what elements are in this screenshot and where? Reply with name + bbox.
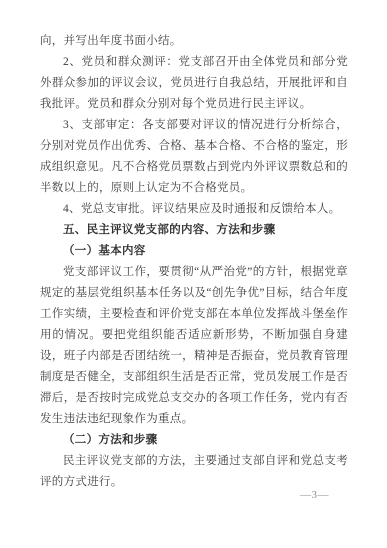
- subsection-heading: （一）基本内容: [40, 241, 348, 262]
- paragraph: 4、党总支审批。评议结果应及时通报和反馈给本人。: [40, 199, 348, 220]
- paragraph: 2、党员和群众测评：党支部召开由全体党员和部分党外群众参加的评议会议，党员进行自…: [40, 52, 348, 115]
- paragraph: 民主评议党支部的方法，主要通过支部自评和党总支考评的方式进行。: [40, 451, 348, 493]
- subsection-heading: （二）方法和步骤: [40, 430, 348, 451]
- document-page: 向，并写出年度书面小结。 2、党员和群众测评：党支部召开由全体党员和部分党外群众…: [0, 0, 387, 548]
- page-number: —3—: [300, 489, 329, 501]
- paragraph: 向，并写出年度书面小结。: [40, 31, 348, 52]
- document-body: 向，并写出年度书面小结。 2、党员和群众测评：党支部召开由全体党员和部分党外群众…: [40, 31, 348, 493]
- section-heading: 五、民主评议党支部的内容、方法和步骤: [40, 220, 348, 241]
- paragraph: 党支部评议工作，要贯彻“从严治党”的方针，根据党章规定的基层党组织基本任务以及“…: [40, 262, 348, 430]
- paragraph: 3、支部审定：各支部要对评议的情况进行分析综合，分别对党员作出优秀、合格、基本合…: [40, 115, 348, 199]
